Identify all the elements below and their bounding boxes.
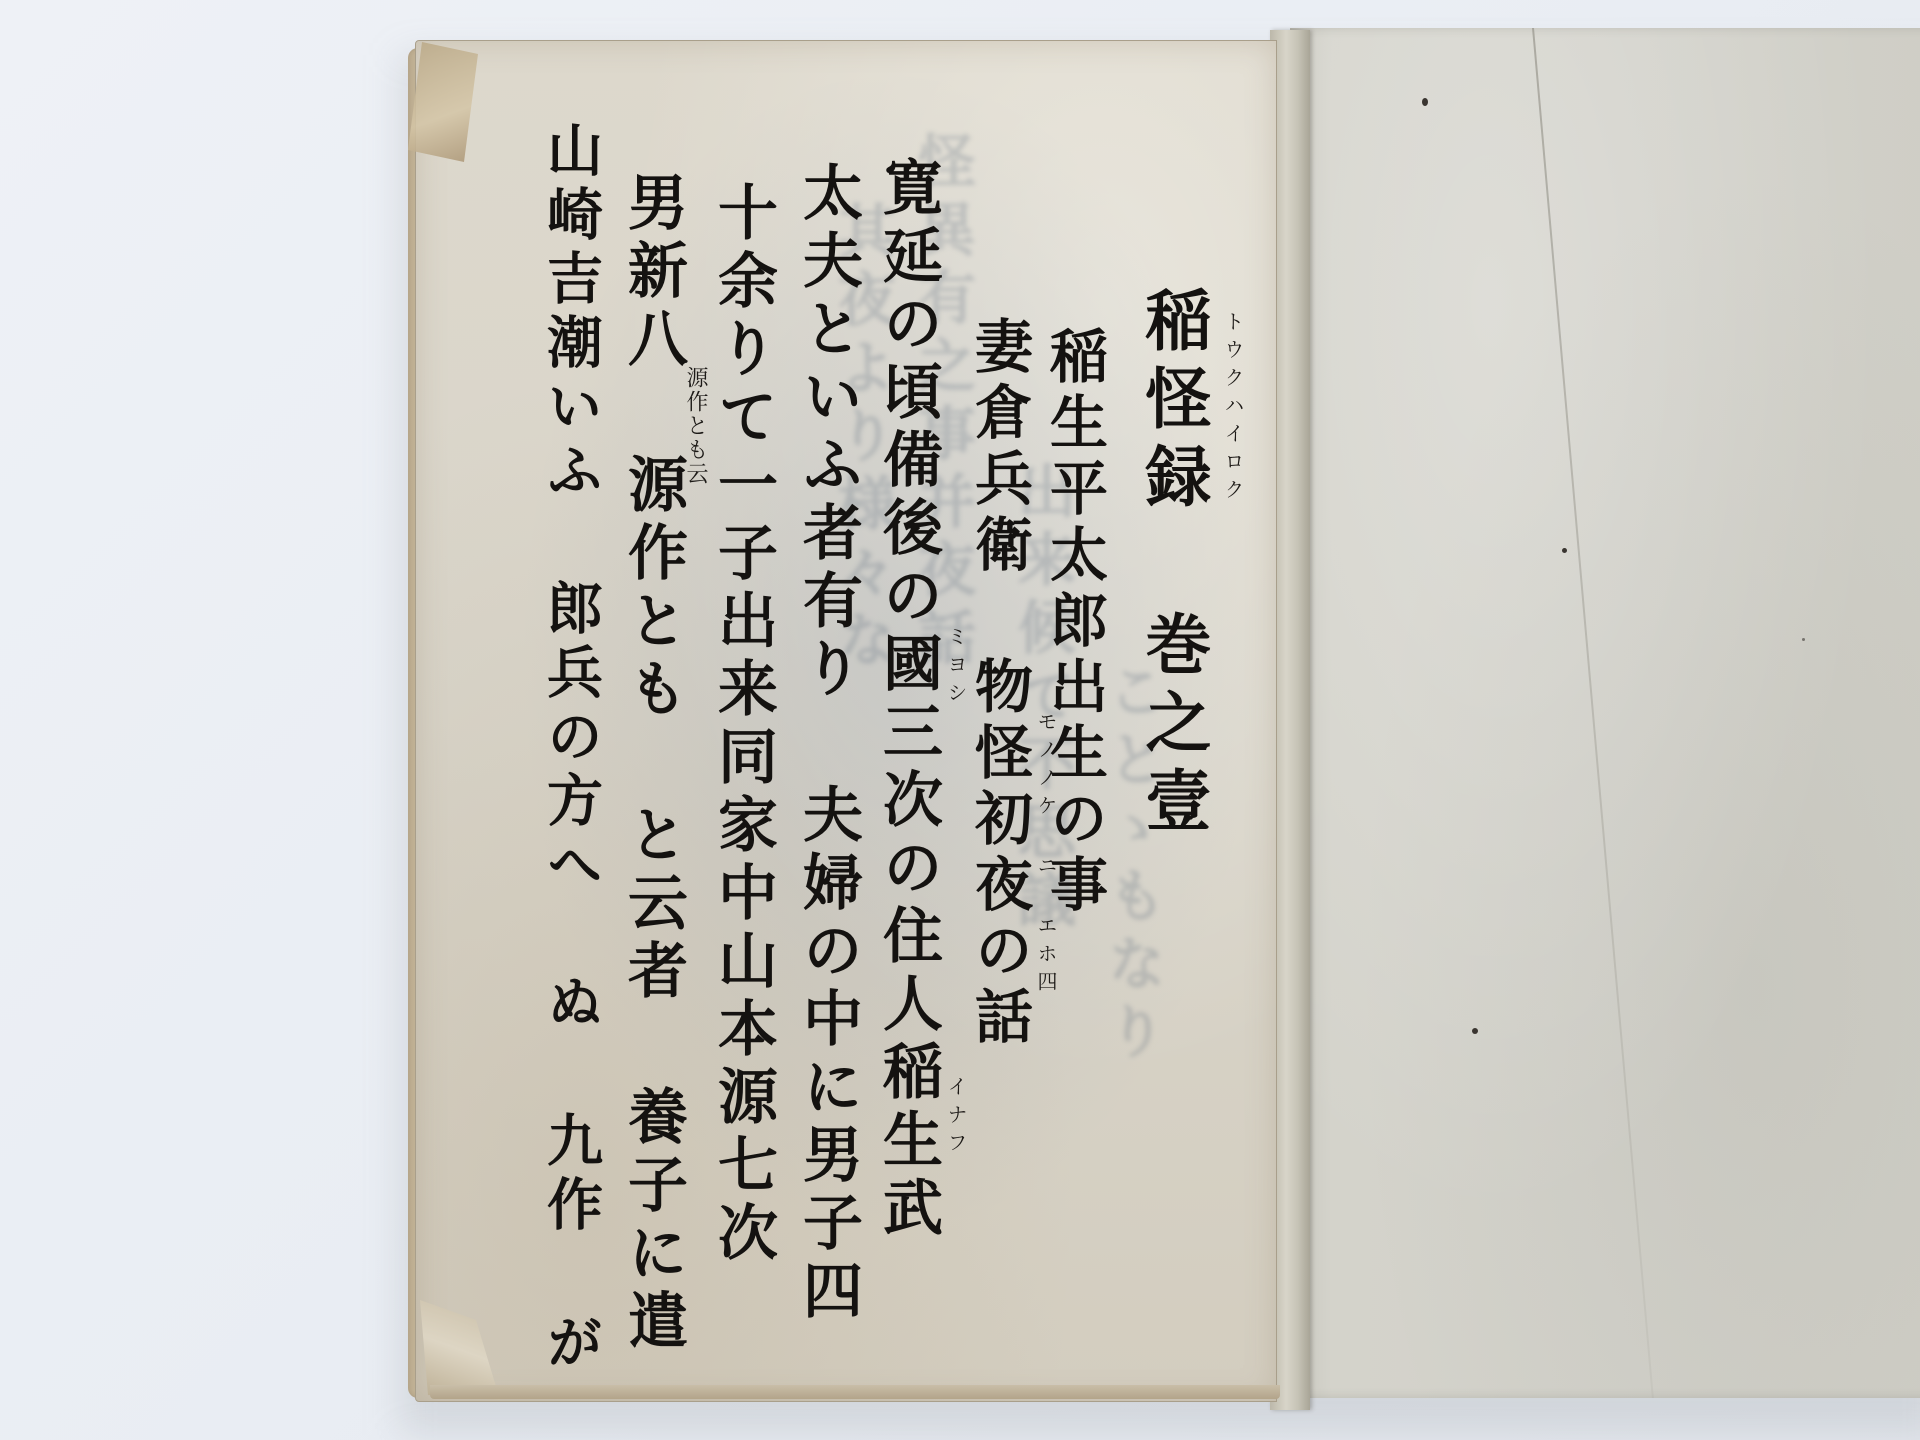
page-bottom-edge bbox=[430, 1385, 1280, 1399]
heading-furigana: モノノケ ニ エホ四 bbox=[1032, 711, 1061, 999]
body-line-5: 山崎吉潮いふ 郎兵の方へ ぬ 九作 が bbox=[531, 121, 611, 1377]
body-line-2: 太夫といふ者有り 夫婦の中に男子四 bbox=[785, 161, 871, 1327]
ink-speck bbox=[1562, 548, 1567, 553]
manuscript-text: 稲怪録 巻之壹 トウクハイロク 稲生平太郎出生の事 妻倉兵衛 物怪初夜の話 モノ… bbox=[416, 136, 1276, 1416]
body-line-1: 寛延の頃備後の國三次の住人稲生武 bbox=[865, 156, 951, 1244]
title-furigana: トウクハイロク bbox=[1219, 311, 1248, 507]
left-page-manuscript: 怪異有之事并夜話 其夜より様々な 出来候て不思議 ことゝもなり 稲怪録 巻之壹 … bbox=[415, 40, 1277, 1402]
interlinear-note: 源作とも云 bbox=[680, 366, 711, 486]
body-line-3: 十余りて一子出来同家中山本源七次 bbox=[700, 181, 786, 1269]
ink-speck bbox=[1422, 98, 1428, 106]
body-furigana-inafu: イナフ bbox=[942, 1076, 971, 1160]
body-furigana-miyoshi: ミヨシ bbox=[942, 626, 971, 710]
right-page-blank bbox=[1290, 28, 1920, 1398]
ink-speck bbox=[1802, 638, 1805, 641]
body-line-4: 男新八 源作とも と云者 養子に遣 bbox=[610, 171, 696, 1357]
volume-title: 稲怪録 巻之壹 bbox=[1126, 286, 1221, 844]
paper-crease bbox=[1532, 28, 1654, 1398]
ink-speck bbox=[1472, 1028, 1478, 1034]
